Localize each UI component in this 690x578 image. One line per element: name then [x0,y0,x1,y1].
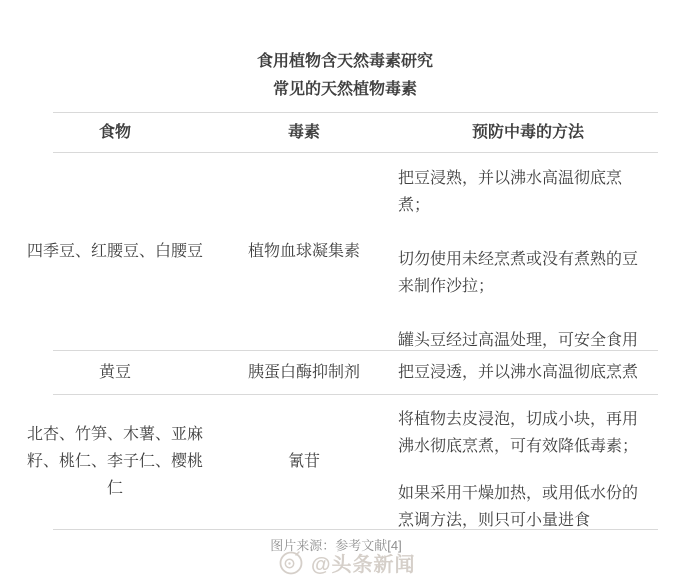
row3-toxin-cell: 氰苷 [231,394,377,529]
row1-food-cell: 四季豆、红腰豆、白腰豆 [18,152,212,350]
column-header-toxin: 毒素 [231,112,377,152]
row2-food-cell: 黄豆 [18,350,212,394]
method-paragraph: 将植物去皮浸泡，切成小块，再用沸水彻底烹煮，可有效降低毒素； [398,406,650,460]
page-title: 食用植物含天然毒素研究 [0,52,690,72]
row3-methods-cell: 将植物去皮浸泡，切成小块，再用沸水彻底烹煮，可有效降低毒素； 如果采用干燥加热，… [398,394,650,554]
column-header-methods: 预防中毒的方法 [398,112,658,152]
method-paragraph: 把豆浸熟，并以沸水高温彻底烹煮； [398,165,650,219]
method-paragraph: 把豆浸透，并以沸水高温彻底烹煮 [398,359,638,386]
method-paragraph: 切勿使用未经烹煮或没有煮熟的豆来制作沙拉； [398,246,650,300]
toutiao-logo-icon [278,549,304,575]
method-paragraph: 如果采用干燥加热，或用低水份的烹调方法，则只可小量进食 [398,480,650,534]
row3-food-cell: 北杏、竹笋、木薯、亚麻籽、桃仁、李子仁、樱桃仁 [25,394,205,529]
column-header-food: 食物 [18,112,212,152]
page: 食用植物含天然毒素研究 常见的天然植物毒素 食物 毒素 预防中毒的方法 四季豆、… [0,0,690,578]
row1-toxin-cell: 植物血球凝集素 [231,152,377,350]
row2-toxin-cell: 胰蛋白酶抑制剂 [231,350,377,394]
page-subtitle: 常见的天然植物毒素 [0,80,690,100]
row2-methods-cell: 把豆浸透，并以沸水高温彻底烹煮 [398,350,650,394]
row1-methods-cell: 把豆浸熟，并以沸水高温彻底烹煮； 切勿使用未经烹煮或没有煮熟的豆来制作沙拉； 罐… [398,152,650,381]
watermark: @头条新闻 [278,548,416,576]
watermark-text: @头条新闻 [311,548,416,577]
